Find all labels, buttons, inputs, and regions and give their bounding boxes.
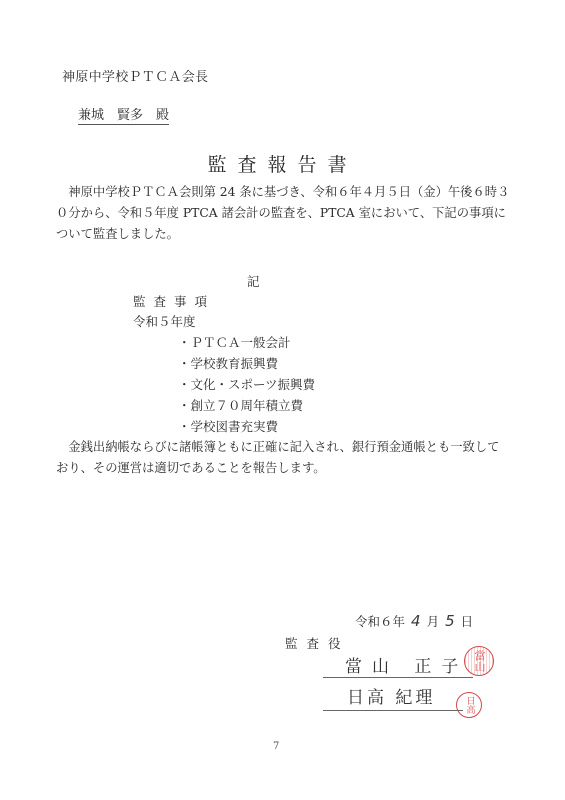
date-era-year: 令和６年 bbox=[355, 614, 405, 629]
page-number: 7 bbox=[273, 741, 279, 752]
closing-line: 金銭出納帳ならびに諸帳簿ともに正確に記入され、銀行預金通帳とも一致して bbox=[56, 437, 526, 458]
body-line: 神原中学校ＰＴＣＡ会則第 24 条に基づき、令和６年４月５日（金）午後６時３ bbox=[56, 182, 526, 203]
list-item: ・学校図書充実費 bbox=[178, 416, 315, 437]
body-line: ついて監査しました。 bbox=[56, 224, 526, 245]
list-item: ・学校教育振興費 bbox=[178, 353, 315, 374]
recipient-name: 兼城 賢多 殿 bbox=[78, 104, 169, 125]
auditor-role: 監査役 bbox=[285, 634, 350, 652]
seal-stamp-1: 當山 bbox=[464, 646, 494, 676]
date-month-label: 月 bbox=[427, 614, 440, 629]
date-day-handwritten: 5 bbox=[445, 612, 455, 630]
body-line: ０分から、令和５年度 PTCA 諸会計の監査を、PTCA 室において、下記の事項… bbox=[56, 203, 526, 224]
signature-auditor-2: 日高 紀理 bbox=[347, 683, 435, 708]
recipient-organization: 神原中学校ＰＴＣＡ会長 bbox=[62, 66, 208, 85]
list-item: ・文化・スポーツ振興費 bbox=[178, 374, 315, 395]
document-title: 監査報告書 bbox=[0, 150, 565, 177]
list-item: ・ＰＴＣＡ一般会計 bbox=[178, 332, 315, 353]
audit-items-heading: 監査事項 bbox=[133, 292, 215, 310]
report-date: 令和６年4月5日 bbox=[355, 612, 473, 630]
closing-line: おり、その運営は適切であることを報告します。 bbox=[56, 458, 526, 479]
record-mark: 記 bbox=[247, 272, 260, 290]
date-month-handwritten: 4 bbox=[411, 612, 421, 630]
body-paragraph: 神原中学校ＰＴＣＡ会則第 24 条に基づき、令和６年４月５日（金）午後６時３ ０… bbox=[56, 182, 526, 245]
seal-stamp-2: 日高 bbox=[456, 692, 482, 718]
audit-items-list: ・ＰＴＣＡ一般会計 ・学校教育振興費 ・文化・スポーツ振興費 ・創立７０周年積立… bbox=[178, 332, 315, 437]
fiscal-year: 令和５年度 bbox=[133, 312, 196, 330]
closing-paragraph: 金銭出納帳ならびに諸帳簿ともに正確に記入され、銀行預金通帳とも一致して おり、そ… bbox=[56, 437, 526, 479]
signature-auditor-1: 當山 正子 bbox=[345, 652, 468, 677]
date-day-label: 日 bbox=[461, 614, 474, 629]
list-item: ・創立７０周年積立費 bbox=[178, 395, 315, 416]
signature-line-1 bbox=[323, 677, 473, 678]
signature-line-2 bbox=[323, 710, 463, 711]
